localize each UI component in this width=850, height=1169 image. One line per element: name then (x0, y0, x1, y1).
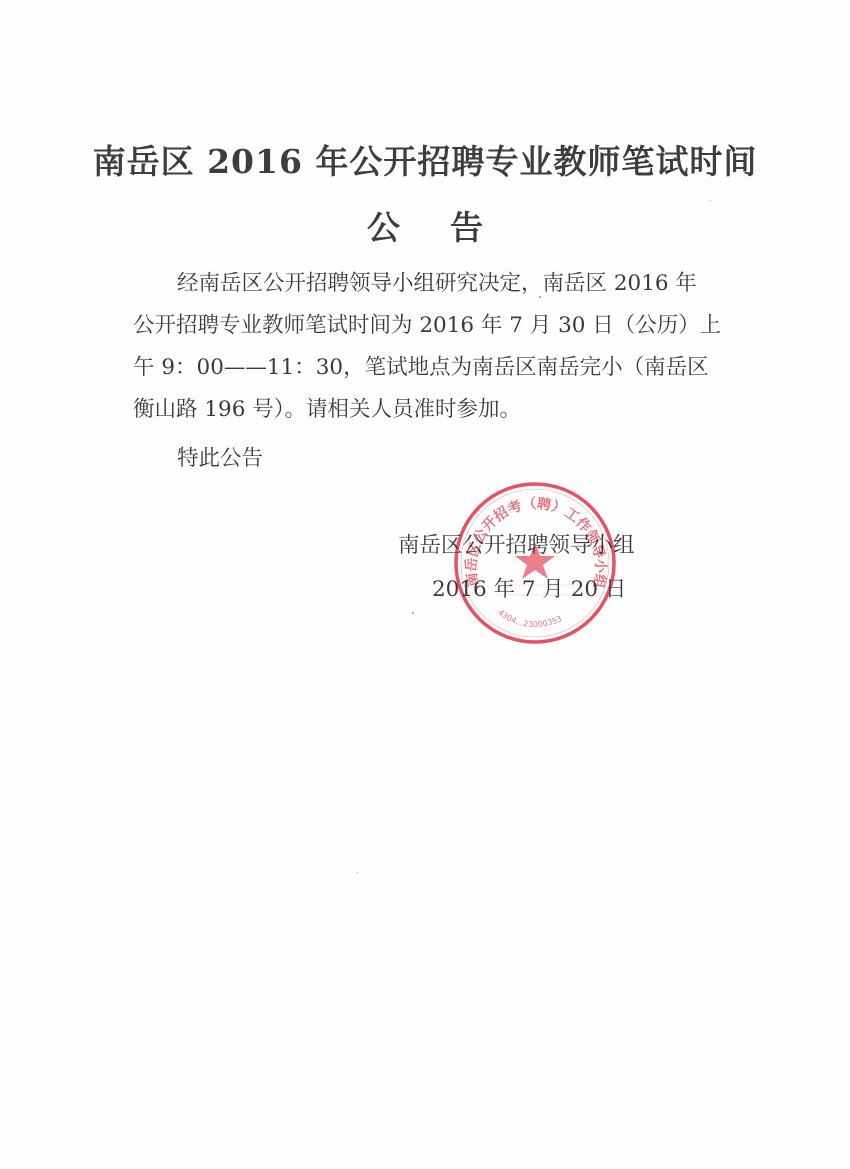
announcement-body: 经南岳区公开招聘领导小组研究决定，南岳区 2016 年 公开招聘专业教师笔试时间… (133, 263, 713, 431)
document-page: 南岳区 2016 年公开招聘专业教师笔试时间 公告 经南岳区公开招聘领导小组研究… (0, 0, 850, 1169)
subtitle-char-2: 告 (450, 206, 483, 250)
body-line-2: 公开招聘专业教师笔试时间为 2016 年 7 月 30 日（公历）上 (133, 305, 713, 347)
body-line-1: 经南岳区公开招聘领导小组研究决定，南岳区 2016 年 (133, 263, 713, 305)
document-title: 南岳区 2016 年公开招聘专业教师笔试时间 (0, 140, 850, 184)
closing-statement: 特此公告 (177, 438, 263, 480)
scan-speck (539, 296, 541, 298)
scan-speck (357, 872, 358, 873)
signing-date: 2016 年 7 月 20 日 (432, 568, 626, 612)
scan-speck (710, 200, 711, 201)
subtitle-char-1: 公 (367, 206, 400, 250)
document-subtitle: 公告 (0, 206, 850, 250)
signing-organization: 南岳区公开招聘领导小组 (398, 524, 635, 568)
body-line-4: 衡山路 196 号）。请相关人员准时参加。 (133, 389, 713, 431)
body-line-3: 午 9：00——11：30，笔试地点为南岳区南岳完小（南岳区 (133, 347, 713, 389)
scan-speck (412, 612, 414, 614)
